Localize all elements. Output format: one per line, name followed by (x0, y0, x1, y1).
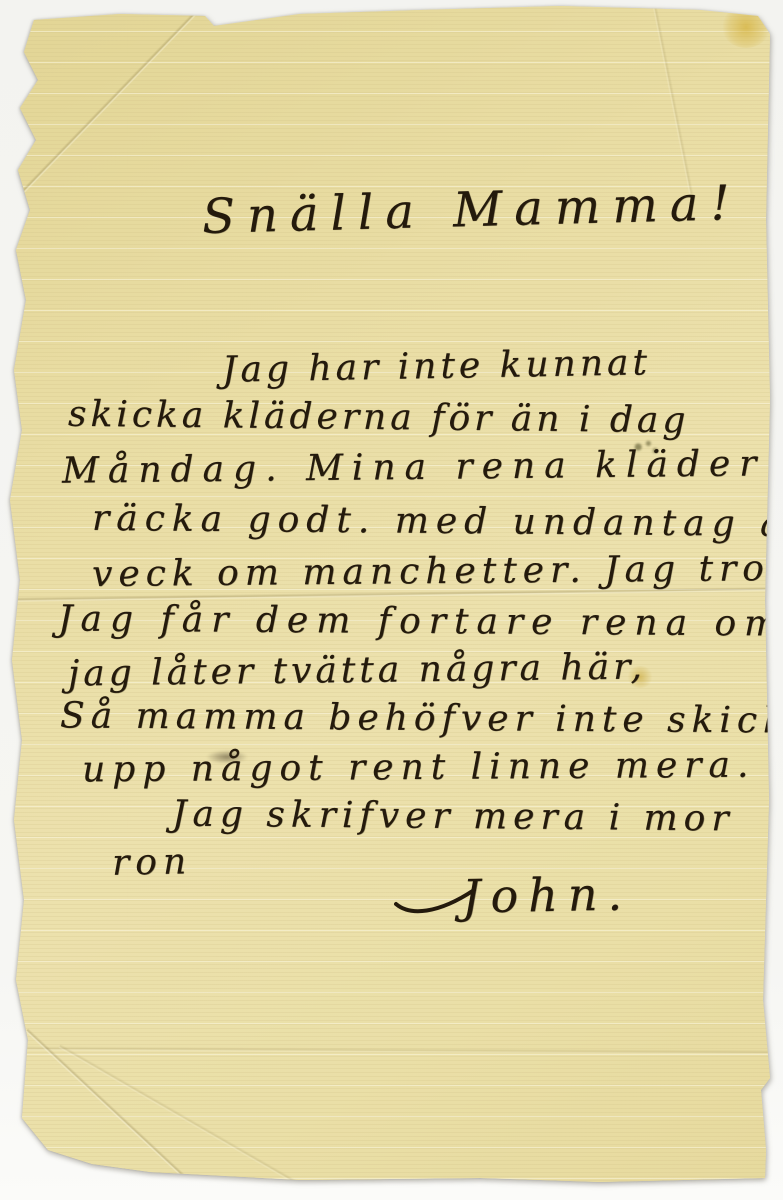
paper-crease-bottom-left-diagonal (25, 1028, 197, 1189)
letter-line-3: Måndag. Mina rena kläder (62, 443, 766, 491)
letter-line-10: Jag skrifver mera i mor (172, 794, 735, 840)
letter-salutation: Snälla Mamma! (201, 175, 742, 245)
letter-line-5: veck om manchetter. Jag tror (92, 548, 783, 595)
letter-line-11: ron (112, 841, 193, 883)
paper-crease-lower-horizontal (0, 1046, 783, 1055)
paper-crease-top-left-diagonal (20, 10, 199, 195)
letter-line-8: Så mamma behöfver inte skicka (60, 695, 783, 741)
letter-line-7: jag låter tvätta några här, (68, 646, 646, 694)
scanned-letter: Snälla Mamma! Jag har inte kunnat skicka… (0, 0, 783, 1200)
paper-crease-top-right-vertical (652, 7, 693, 194)
letter-line-9: upp något rent linne mera. (82, 745, 756, 791)
letter-line-2: skicka kläderna för än i dag (68, 394, 690, 442)
letter-line-4: räcka godt. med undantag af (92, 498, 783, 545)
paper-crease-bottom-diagonal-2 (58, 1044, 301, 1187)
stain-top-right-corner (722, 6, 770, 48)
letter-paper: Snälla Mamma! Jag har inte kunnat skicka… (0, 0, 783, 1200)
letter-line-1: Jag har inte kunnat (222, 342, 652, 390)
letter-signature: John. (462, 867, 633, 924)
letter-line-6: Jag får dem fortare rena om (58, 598, 783, 644)
